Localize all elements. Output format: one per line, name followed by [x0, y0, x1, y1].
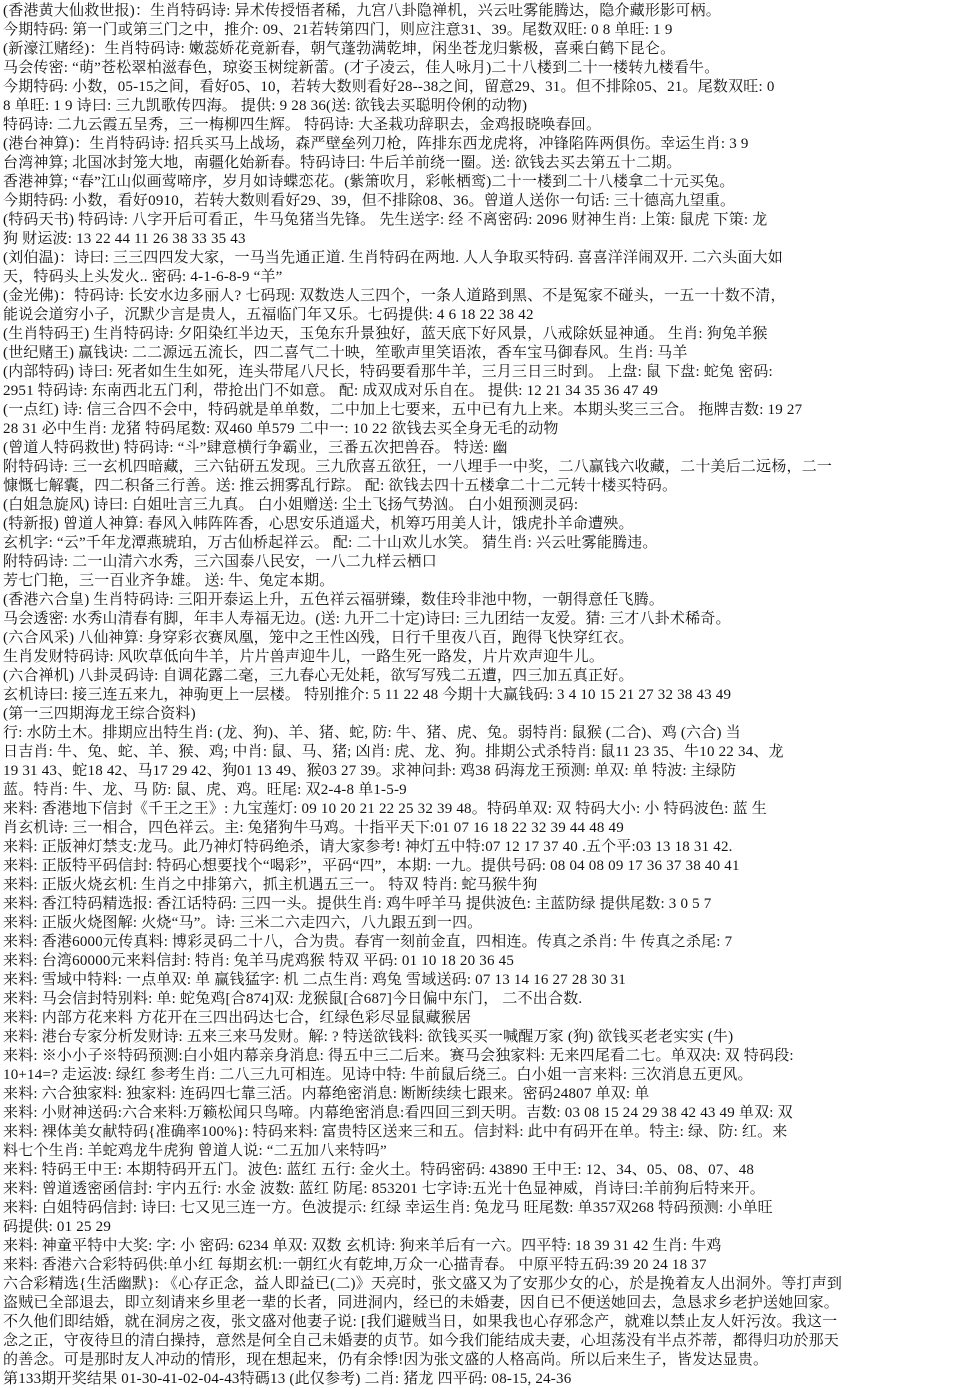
text-line: (世纪赌王) 赢钱诀: 二二源远五流长，四二喜气二十映，笙歌声里笑语浓，香车宝马… [3, 344, 956, 363]
text-line: 马会传密: “萌”苍松翠柏滋春色，琼姿玉树绽新蕾。(才子凌云，佳人咏月)二十八楼… [3, 59, 956, 78]
text-line: 来料: 香港地下信封《千王之王》: 九宝莲灯: 09 10 20 21 22 2… [3, 800, 956, 819]
text-line: 来料: 裸体美女献特码{准确率100%}: 特码来料: 富贵特区送来三和五。信封… [3, 1123, 956, 1142]
text-line: 来料: 小财神送码:六合来料:万籁松闻只鸟啼。内幕绝密消息:看四回三到天明。吉数… [3, 1104, 956, 1123]
text-line: 芳七门艳，三一百业齐争雄。 送: 牛、兔定本期。 [3, 572, 956, 591]
text-line: 玄机字: “云”千年龙潭燕琥珀，万古仙桥起祥云。 配: 二十山欢儿水笑。 猜生肖… [3, 534, 956, 553]
text-line: 附特码诗: 二一山清六水秀，三六国泰八民安，一八二九样云栖口 [3, 553, 956, 572]
text-line: 行: 水防土木。排期应出特生肖: (龙、狗)、羊、猪、蛇, 防: 牛、猪、虎、兔… [3, 724, 956, 743]
text-line: 8 单旺: 1 9 诗曰: 三九凯歌传四海。 提供: 9 28 36(送: 欲钱… [3, 97, 956, 116]
text-line: 今期特码: 小数，05-15之间，看好05、10，若转大数则看好28--38之间… [3, 78, 956, 97]
text-line: (六合禅机) 八卦灵码诗: 自调花露二毫，三九春心无处耗，欲写写残二五遭，四三加… [3, 667, 956, 686]
text-line: 日吉肖: 牛、兔、蛇、羊、猴、鸡; 中肖: 鼠、马、猪; 凶肖: 虎、龙、狗。排… [3, 743, 956, 762]
text-line: 来料: 特码王中王: 本期特码开五门。波色: 蓝红 五行: 金火土。特码密码: … [3, 1161, 956, 1180]
text-line: 不久他们即结婚，就在洞房之夜，张文盛对他妻子说: [我们避贼当日，如果我也心存邪… [3, 1313, 956, 1332]
text-line: 来料: 白姐特码信封: 诗曰: 七又见三连一方。色波提示: 红绿 幸运生肖: 兔… [3, 1199, 956, 1218]
text-line: 10+14=? 走运波: 绿红 参考生肖: 二八三九可相连。见诗中特: 牛前鼠后… [3, 1066, 956, 1085]
text-line: 来料: 正版特平码信封: 特码心想要找个“喝彩”，平码“四”，本期: 一九。提供… [3, 857, 956, 876]
text-line: 天，特码头上头发火.. 密码: 4-1-6-8-9 “羊” [3, 268, 956, 287]
text-line: 附特码诗: 三一玄机四暗藏，三六钻研五发现。三九欣喜五欲狂，一八埋手一中奖，二八… [3, 458, 956, 477]
text-line: (香港六合皇) 生肖特码诗: 三阳开泰运上升，五色祥云福骈臻，数佳玲非池中物，一… [3, 591, 956, 610]
text-line: (第一三四期海龙王综合资料) [3, 705, 956, 724]
text-line: 念之正，守夜待旦的清白操持，意然是何全自己未婚妻的贞节。如今我们能结成夫妻，心坦… [3, 1332, 956, 1351]
text-line: 蓝。特肖: 牛、龙、马 防: 鼠、虎、鸡。旺尾: 双2-4-8 单1-5-9 [3, 781, 956, 800]
text-line: 码提供: 01 25 29 [3, 1218, 956, 1237]
text-line: 料七个生肖: 羊蛇鸡龙牛虎狗 曾道人说: “二五加八来特吗” [3, 1142, 956, 1161]
text-line: (港台神算)：生肖特码诗: 招兵买马上战场，森严壁垒列刀枪，阵排东西龙虎将，冲锋… [3, 135, 956, 154]
text-line: 来料: 曾道透密函信封: 宇内五行: 水金 波数: 蓝红 防尾: 853201 … [3, 1180, 956, 1199]
text-line: 能说会道穷小子，沉默少言是贵人，五福临门年又乐。七码提供: 4 6 18 22 … [3, 306, 956, 325]
text-line: 来料: 港台专家分析发财诗: 五来三来马发财。解: ? 特送欲钱料: 欲钱买买一… [3, 1028, 956, 1047]
text-line: (金光佛)：特码诗: 长安水边多丽人? 七码现: 双数迭人三四个，一条人道路到黑… [3, 287, 956, 306]
text-line: 来料: 正版火烧玄机: 生肖之中排第六，抓主机遇五三一。 特双 特肖: 蛇马猴牛… [3, 876, 956, 895]
text-line: 慷慨七解囊，四二积备三行善。送: 推云拥雾乱行踪。 配: 欲钱去四十五楼拿二十二… [3, 477, 956, 496]
text-line: 来料: 神童平特中大奖: 字: 小 密码: 6234 单双: 双数 玄机诗: 狗… [3, 1237, 956, 1256]
text-line: 来料: 雪域中特料: 一点单双: 单 赢钱猛字: 机 二点生肖: 鸡兔 雪域送码… [3, 971, 956, 990]
text-line: 今期特码: 小数，看好0910，若转大数则看好29、39，但不排除08、36。曾… [3, 192, 956, 211]
text-line: (特码天书) 特码诗: 八字开后可看正，牛马兔猪当先锋。 先生送字: 经 不离密… [3, 211, 956, 230]
text-line: 来料: 正版火烧图解: 火烧“马”。诗: 三米二六走四六，八九跟五到一四。 [3, 914, 956, 933]
text-line: 来料: 正版神灯禁支:龙马。此乃神灯特码绝杀，请大家参考! 神灯五中特:07 1… [3, 838, 956, 857]
text-line: 来料: 台湾60000元来料信封: 特肖: 兔羊马虎鸡猴 特双 平码: 01 1… [3, 952, 956, 971]
text-line: (曾道人特码救世) 特码诗: “斗”肆意横行争霸业，三番五次把兽吞。 特送: 幽 [3, 439, 956, 458]
text-line: 香港神算; “春”江山似画莺啼序，岁月如诗蝶恋花。(紫箫吹月，彩帐栖鸾)二十一楼… [3, 173, 956, 192]
text-line: (香港黄大仙救世报)：生肖特码诗: 异术传授悟者稀，九宫八卦隐禅机，兴云吐雾能腾… [3, 2, 956, 21]
text-line: (白姐急旋风) 诗曰: 白姐吐言三九真。 白小姐赠送: 尘土飞扬气势汹。 白小姐… [3, 496, 956, 515]
text-line: 特码诗: 二九云霞五呈秀，三一梅柳四生辉。 特码诗: 大圣栽功辞职去，金鸡报晓唤… [3, 116, 956, 135]
text-line: 来料: 马会信封特别料: 单: 蛇兔鸡[合874]双: 龙猴鼠[合687]今日偏… [3, 990, 956, 1009]
text-line: 生肖发财特码诗: 风吹草低向牛羊，片片兽声迎牛儿，一路生死一路发，片片欢声迎牛儿… [3, 648, 956, 667]
text-line: 来料: 香江特码精选报: 香江话特码: 三四一头。提供生肖: 鸡牛呼羊马 提供波… [3, 895, 956, 914]
text-line: (新濠江赌经)：生肖特码诗: 嫩蕊娇花竟新春，朝气蓬勃满乾坤，闲坐苍龙归紫极，喜… [3, 40, 956, 59]
text-line: 19 31 43、蛇18 42、马17 29 42、狗01 13 49、猴03 … [3, 762, 956, 781]
text-line: (六合风采) 八仙神算: 身穿彩衣赛凤凰，笼中之王性凶残，日行千里夜八百，跑得飞… [3, 629, 956, 648]
text-line: (特新报) 曾道人神算: 春风入帏阵阵香，心思安乐逍遥犬，机筹巧用美人计，饿虎扑… [3, 515, 956, 534]
text-line: 来料: 香港六合彩特码供:单小红 每期玄机:一朝红火有乾坤,万众一心描青春。 中… [3, 1256, 956, 1275]
text-line: 狗 财运波: 13 22 44 11 26 38 33 35 43 [3, 230, 956, 249]
text-line: (刘伯温)：诗曰: 三三四四发大家，一马当先通正道. 生肖特码在两地. 人人争取… [3, 249, 956, 268]
text-line: 2951 特码诗: 东南西北五门利，带抢出门不如意。 配: 成双成对乐自在。 提… [3, 382, 956, 401]
text-line: 马会透密: 水秀山清春有脚，年丰人寿福无边。(送: 九开二十定)诗曰: 三九团结… [3, 610, 956, 629]
text-line: 来料: 内部方花来料 方花开在三四出码达七合，红绿色彩尽显鼠藏猴居 [3, 1009, 956, 1028]
text-line: (内部特码) 诗曰: 死者如生生如死，连头带尾八尺长，特码要看那牛羊，三月三日三… [3, 363, 956, 382]
text-line: 玄机诗曰: 接三连五来九，神驹更上一层楼。 特别推介: 5 11 22 48 今… [3, 686, 956, 705]
text-line: 第133期开奖结果 01-30-41-02-04-43特碼13 (此仅参考) 二… [3, 1370, 956, 1388]
text-line: 今期特码: 第一门或第三门之中，推介: 09、21若转第四门，则应注意31、39… [3, 21, 956, 40]
text-line: (生肖特码王) 生肖特码诗: 夕阳染红半边天，玉兔东升景独好，蓝天底下好风景，八… [3, 325, 956, 344]
text-line: 28 31 必中生肖: 龙猪 特码尾数: 双460 单579 二中一: 10 2… [3, 420, 956, 439]
text-line: 肖玄机诗: 三一相合，四色祥云。主: 兔猪狗牛马鸡。十指平天下:01 07 16… [3, 819, 956, 838]
scanned-lottery-sheet: (香港黄大仙救世报)：生肖特码诗: 异术传授悟者稀，九宫八卦隐禅机，兴云吐雾能腾… [0, 0, 958, 1388]
text-line: 来料: ※小小子※特码预测:白小姐内幕亲身消息: 得五中三二后来。赛马会独家料:… [3, 1047, 956, 1066]
text-line: 盗贼已全部退去，即立刻请来乡里老一辈的长者，同进洞内，经已的未婚妻，因自已不便送… [3, 1294, 956, 1313]
text-line: 台湾神算; 北国冰封笼大地，南疆化始新春。特码诗曰: 牛后羊前绕一圈。送: 欲钱… [3, 154, 956, 173]
text-line: 六合彩精选{生活幽默}: 《心存正念，益人即益已(二)》天亮时，张文盛又为了安那… [3, 1275, 956, 1294]
text-line: 来料: 香港6000元传真料: 博彩灵码二十八，合为贵。春宵一刻前金直，四相连。… [3, 933, 956, 952]
text-line: (一点红) 诗: 信三合四不会中，特码就是单单数，二中加上七要来，五中已有九上来… [3, 401, 956, 420]
text-line: 的善念。可是那时友人冲动的情形，现在想起来，仍有余悸!因为张文盛的人格高尚。所以… [3, 1351, 956, 1370]
text-line: 来料: 六合独家料: 独家料: 连码四七靠三活。内幕绝密消息: 断断续续七跟来。… [3, 1085, 956, 1104]
